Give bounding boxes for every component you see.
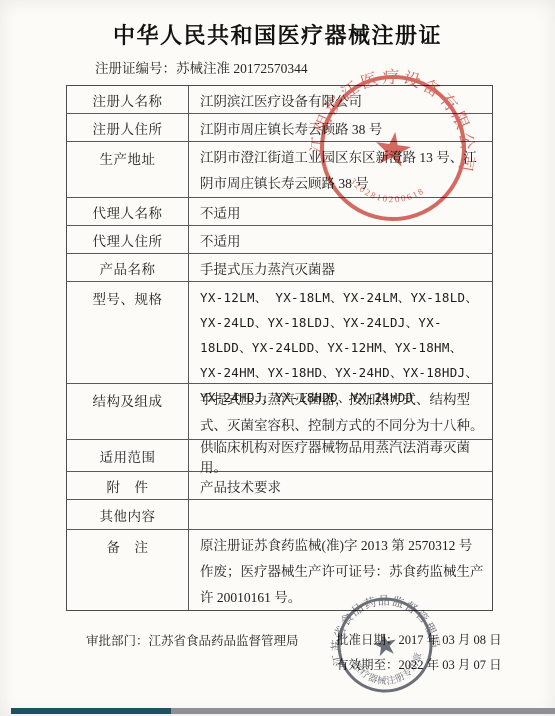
row-value: YX-12LM、 YX-18LM、YX-24LM、YX-18LD、YX-24LD…	[189, 282, 492, 383]
row-label: 附 件	[67, 472, 189, 499]
row-value: 手提式压力蒸汽灭菌器，按加热方式、结构型式、灭菌室容积、控制方式的不同分为十八种…	[189, 384, 492, 439]
valid-until-label: 有效期至：	[336, 658, 399, 672]
table-row-production-address: 生产地址 江阴市澄江街道工业园区东区新澄路 13 号、江阴市周庄镇长寿云顾路 3…	[67, 141, 492, 197]
table-row-remarks: 备 注 原注册证苏食药监械(准)字 2013 第 2570312 号作废；医疗器…	[67, 529, 492, 610]
approval-department-line: 审批部门：江苏省食品药品监督管理局	[86, 631, 299, 649]
row-label: 产品名称	[67, 254, 189, 281]
row-value: 供临床机构对医疗器械物品用蒸汽法消毒灭菌用。	[189, 440, 492, 471]
registration-number-value: 苏械注准 20172570344	[176, 61, 308, 76]
table-row-product-name: 产品名称 手提式压力蒸汽灭菌器	[67, 253, 492, 281]
row-value: 江阴市澄江街道工业园区东区新澄路 13 号、江阴市周庄镇长寿云顾路 38 号	[189, 142, 492, 197]
certificate-page: 中华人民共和国医疗器械注册证 注册证编号：苏械注准 20172570344 注册…	[0, 0, 555, 716]
row-value: 不适用	[189, 198, 492, 225]
row-value: 手提式压力蒸汽灭菌器	[189, 254, 492, 281]
row-label: 备 注	[67, 530, 189, 610]
row-label: 其他内容	[67, 500, 189, 529]
approval-date-value: 2017 年 03 月 08 日	[399, 633, 502, 647]
row-value: 产品技术要求	[189, 472, 492, 499]
scan-edge-bar-gray	[171, 708, 555, 714]
page-title: 中华人民共和国医疗器械注册证	[0, 19, 555, 50]
table-row-structure: 结构及组成 手提式压力蒸汽灭菌器，按加热方式、结构型式、灭菌室容积、控制方式的不…	[67, 383, 492, 439]
row-value	[189, 500, 492, 529]
table-row-registrant-address: 注册人住所 江阴市周庄镇长寿云顾路 38 号	[67, 113, 492, 141]
table-row-other-content: 其他内容	[67, 499, 492, 529]
table-row-attachment: 附 件 产品技术要求	[67, 471, 492, 499]
scan-edge-bar-teal	[11, 708, 171, 714]
table-row-agent-address: 代理人住所 不适用	[67, 225, 492, 253]
table-row-registrant-name: 注册人名称 江阴滨江医疗设备有限公司	[67, 86, 492, 113]
row-value: 不适用	[189, 226, 492, 253]
row-label: 型号、规格	[67, 282, 189, 383]
row-label: 生产地址	[67, 142, 189, 197]
row-label: 代理人住所	[67, 226, 189, 253]
table-row-models: 型号、规格 YX-12LM、 YX-18LM、YX-24LM、YX-18LD、Y…	[67, 281, 492, 383]
valid-until-line: 有效期至：2022 年 03 月 07 日	[336, 655, 502, 673]
approval-date-line: 批准日期：2017 年 03 月 08 日	[336, 630, 502, 648]
approval-department-value: 江苏省食品药品监督管理局	[149, 634, 299, 648]
row-label: 适用范围	[67, 440, 189, 471]
approval-date-label: 批准日期：	[336, 633, 399, 647]
approval-department-label: 审批部门：	[86, 634, 149, 648]
registration-number-label: 注册证编号：	[95, 61, 176, 76]
row-label: 代理人名称	[67, 198, 189, 225]
row-value: 江阴市周庄镇长寿云顾路 38 号	[189, 114, 492, 141]
row-label: 结构及组成	[67, 384, 189, 439]
row-value: 原注册证苏食药监械(准)字 2013 第 2570312 号作废；医疗器械生产许…	[189, 530, 492, 610]
table-row-scope: 适用范围 供临床机构对医疗器械物品用蒸汽法消毒灭菌用。	[67, 439, 492, 471]
valid-until-value: 2022 年 03 月 07 日	[399, 658, 502, 672]
row-label: 注册人名称	[67, 86, 189, 113]
table-row-agent-name: 代理人名称 不适用	[67, 197, 492, 225]
certificate-table: 注册人名称 江阴滨江医疗设备有限公司 注册人住所 江阴市周庄镇长寿云顾路 38 …	[66, 85, 493, 611]
registration-number-line: 注册证编号：苏械注准 20172570344	[95, 57, 308, 77]
row-label: 注册人住所	[67, 114, 189, 141]
row-value: 江阴滨江医疗设备有限公司	[189, 86, 492, 113]
